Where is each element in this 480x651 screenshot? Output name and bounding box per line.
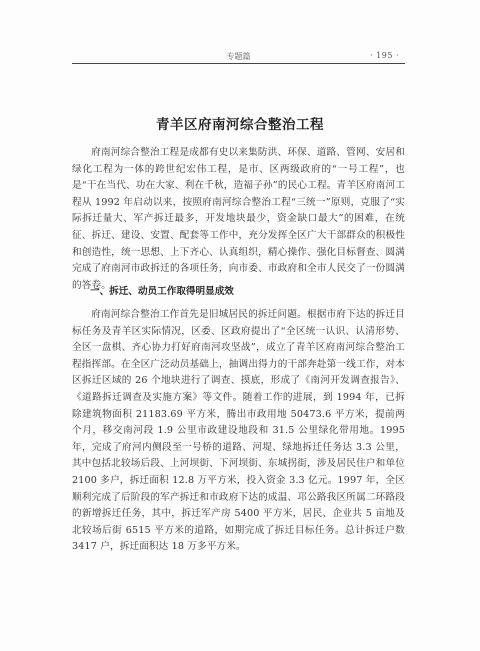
intro-paragraph-block: 府南河综合整治工程是成都有史以来集防洪、环保、道路、管网、安居和绿化工程为一体的…: [72, 145, 405, 294]
document-page: 专题篇 · 195 · 青羊区府南河综合整治工程 府南河综合整治工程是成都有史以…: [0, 0, 480, 651]
article-title: 青羊区府南河综合整治工程: [0, 113, 480, 133]
section-name: 专题篇: [72, 51, 405, 62]
running-header: 专题篇 · 195 ·: [72, 49, 405, 63]
section-paragraph-block: 府南河综合整治工作首先是旧城居民的拆迁问题。根据市府下达的拆迁目标任务及青羊区实…: [72, 307, 405, 556]
page-number: · 195 ·: [370, 51, 399, 60]
intro-paragraph: 府南河综合整治工程是成都有史以来集防洪、环保、道路、管网、安居和绿化工程为一体的…: [72, 145, 405, 294]
header-rule: [72, 63, 405, 64]
section-paragraph: 府南河综合整治工作首先是旧城居民的拆迁问题。根据市府下达的拆迁目标任务及青羊区实…: [72, 307, 405, 556]
section-heading: 一、拆迁、动员工作取得明显成效: [90, 283, 234, 297]
